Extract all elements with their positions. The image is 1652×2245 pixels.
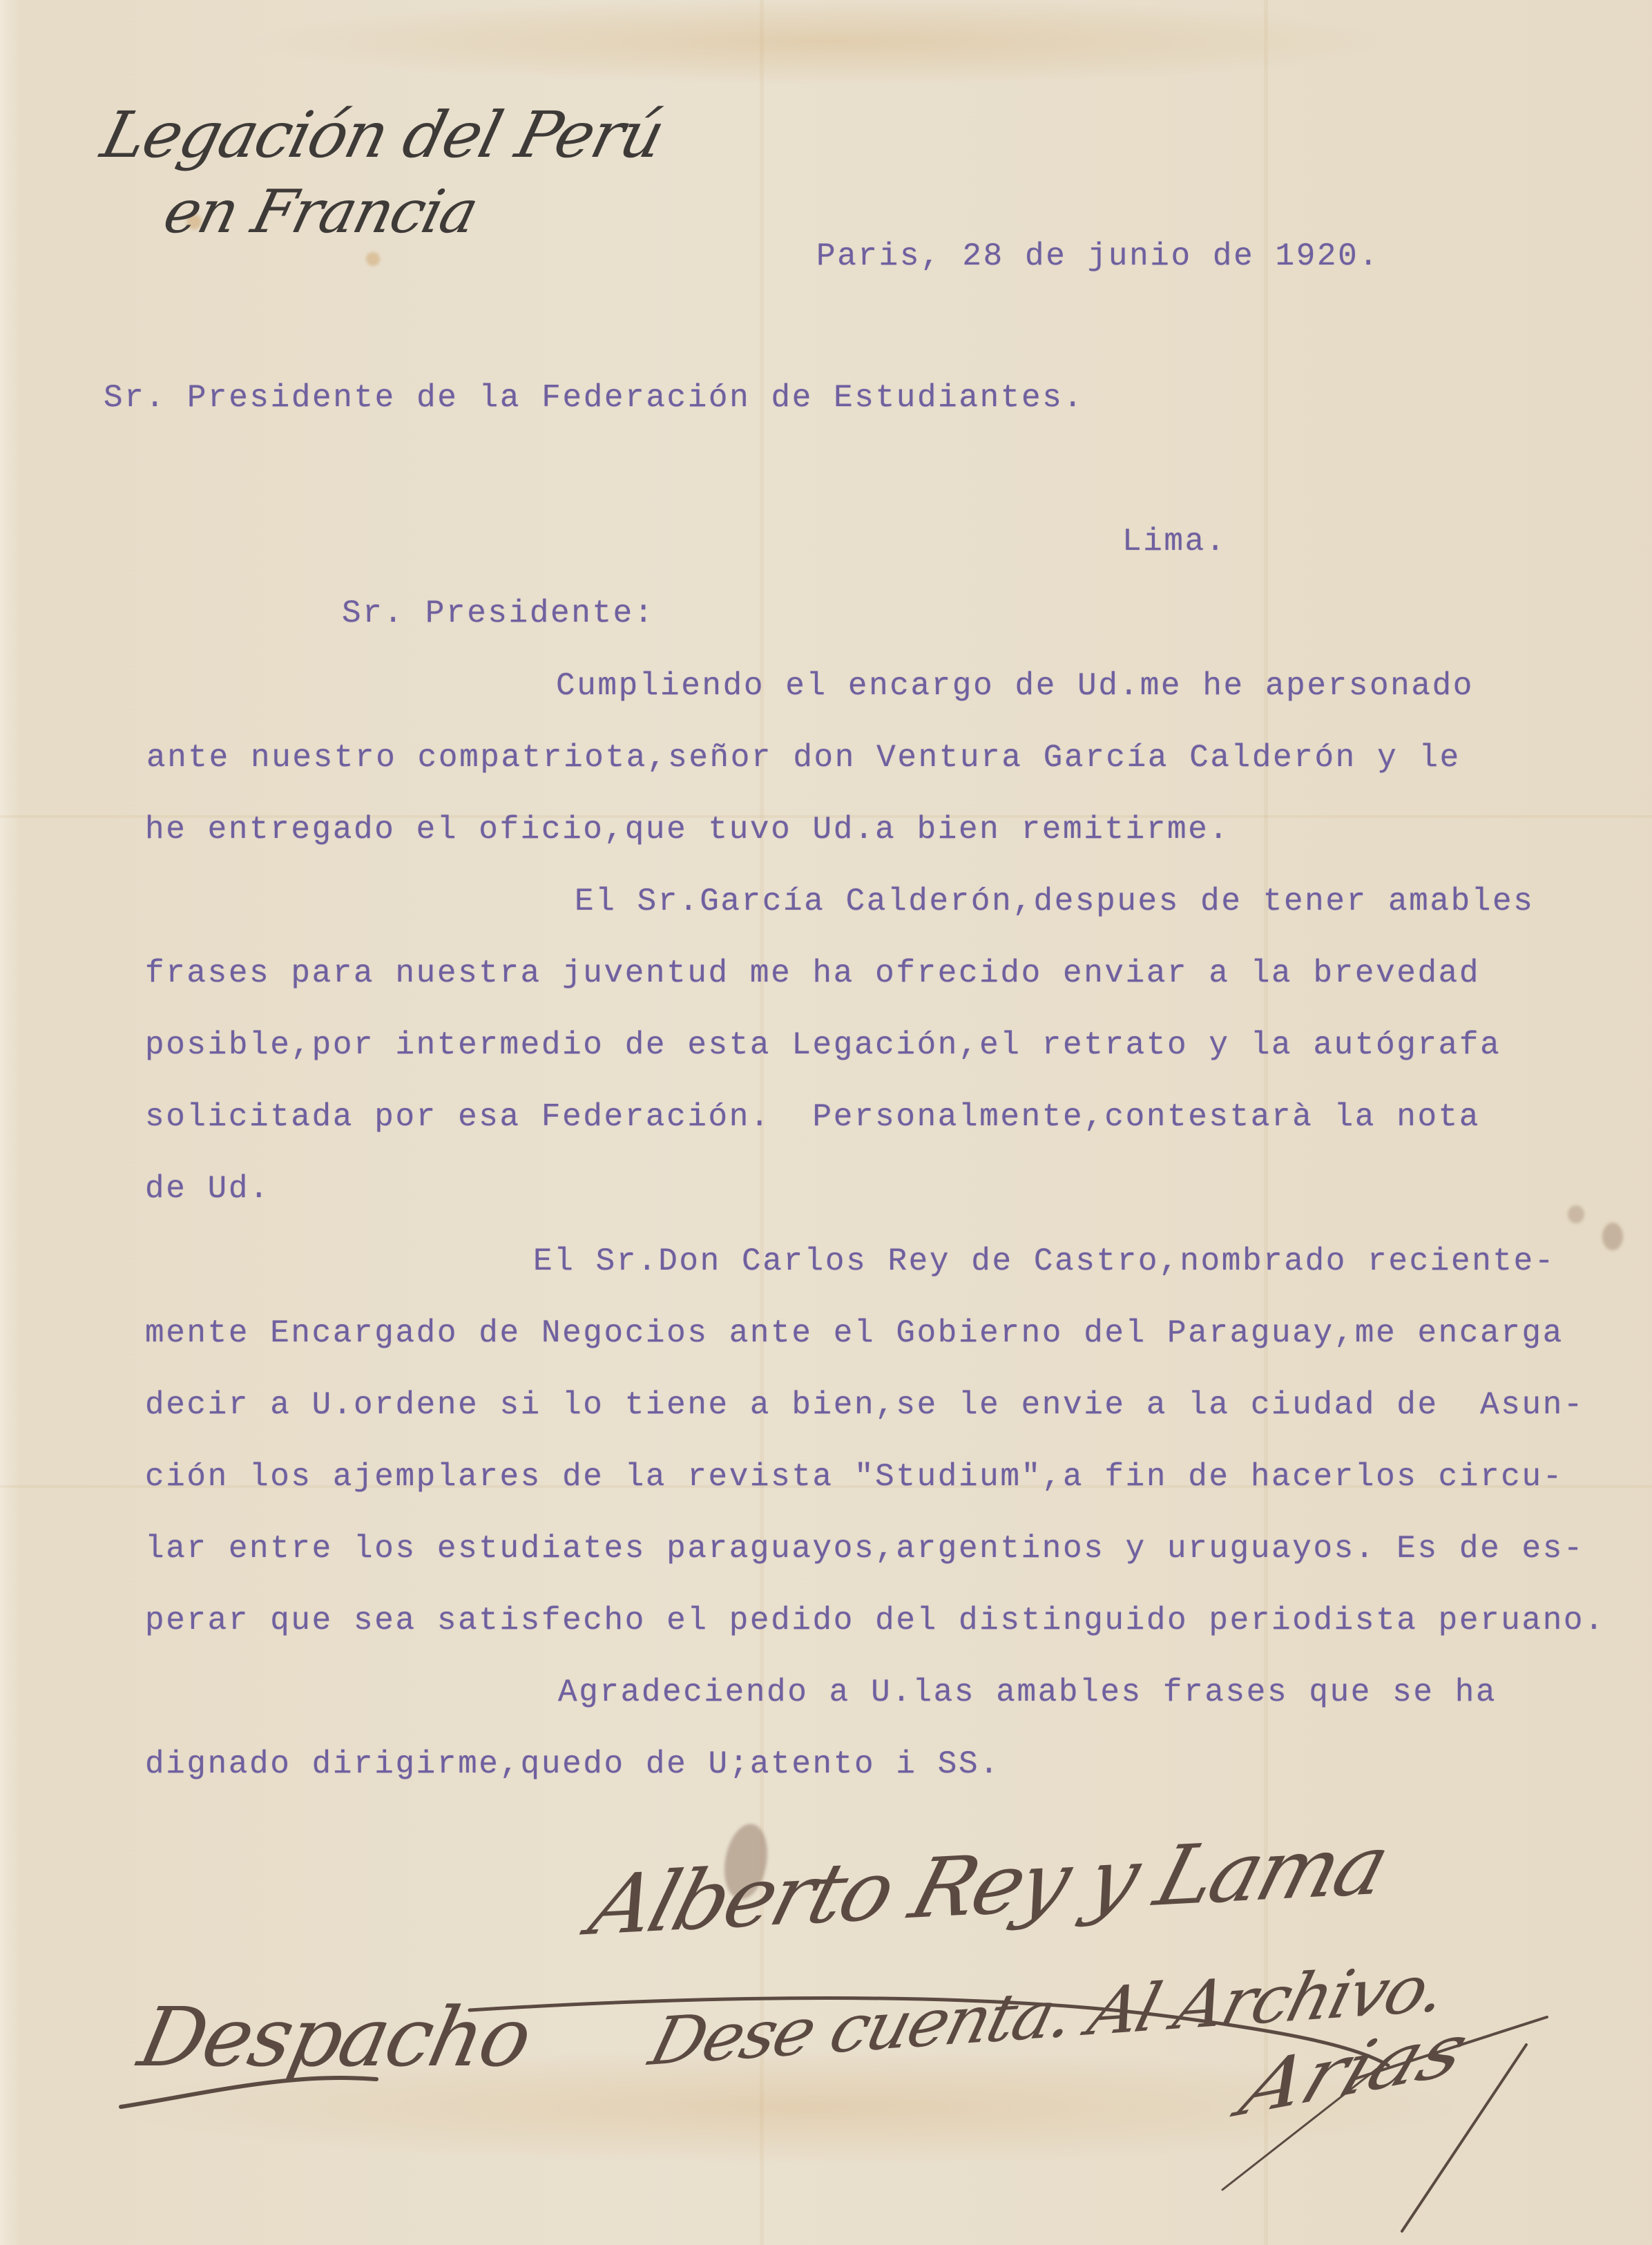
despacho-note: Despacho [131, 1989, 538, 2085]
body-line: ción los ajemplares de la revista "Studi… [145, 1459, 1564, 1495]
body-line: mente Encargado de Negocios ante el Gobi… [145, 1315, 1564, 1351]
body-line: Agradeciendo a U.las amables frases que … [558, 1674, 1497, 1710]
body-line: perar que sea satisfecho el pedido del d… [145, 1603, 1605, 1639]
body-line: El Sr.Don Carlos Rey de Castro,nombrado … [533, 1243, 1555, 1279]
salutation: Sr. Presidente: [342, 595, 655, 631]
body-line: de Ud. [145, 1171, 270, 1207]
body-line: El Sr.García Calderón,despues de tener a… [575, 883, 1534, 919]
body-line: frases para nuestra juventud me ha ofrec… [145, 955, 1480, 991]
body-line: decir a U.ordene si lo tiene a bien,se l… [145, 1387, 1584, 1423]
ink-spot [1568, 1205, 1584, 1223]
signature: Alberto Rey y Lama [580, 1817, 1396, 1954]
body-line: Cumpliendo el encargo de Ud.me he aperso… [556, 668, 1474, 704]
body-line: solicitada por esa Federación. Personalm… [145, 1099, 1480, 1135]
addressee-line: Sr. Presidente de la Federación de Estud… [104, 380, 1084, 416]
body-line: dignado dirigirme,quedo de U;atento i SS… [145, 1746, 1000, 1782]
date-line: Paris, 28 de junio de 1920. [816, 238, 1380, 274]
body-line: he entregado el oficio,que tuvo Ud.a bie… [145, 812, 1230, 848]
paper-edge [0, 0, 21, 2245]
ink-spot [1602, 1223, 1623, 1250]
letterhead-line-2: en Francia [158, 182, 669, 242]
body-line: ante nuestro compatriota,señor don Ventu… [146, 740, 1461, 776]
letterhead-line-1: Legación del Perú [96, 104, 670, 167]
city-line: Lima. [1122, 524, 1227, 560]
body-line: lar entre los estudiates paraguayos,arge… [145, 1531, 1584, 1567]
body-line: posible,por intermedio de esta Legación,… [145, 1027, 1501, 1063]
foxing-stain [366, 252, 380, 266]
letterhead: Legación del Perú en Francia [104, 104, 662, 242]
